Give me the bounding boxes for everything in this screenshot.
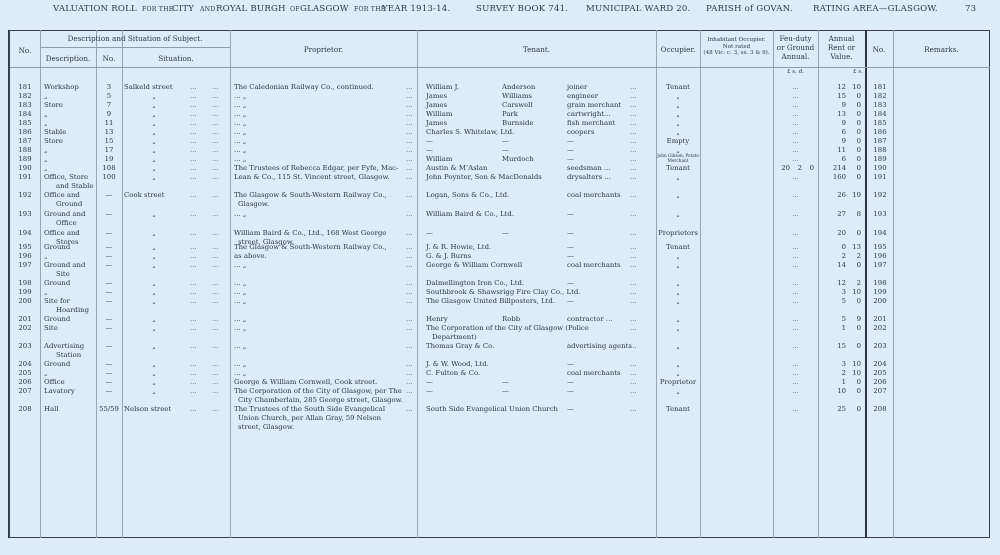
feu-duty: ...	[773, 324, 818, 332]
leader-dots: ...	[212, 146, 224, 154]
situation: „	[124, 155, 184, 163]
situation: Salkeld street	[124, 83, 184, 91]
description: Office	[44, 378, 96, 386]
entry-number-right: 205	[866, 369, 894, 377]
situation: „	[124, 110, 184, 118]
rent-pounds: 6	[826, 155, 846, 163]
leader-dots: ...	[190, 288, 202, 296]
proprietor: ... „	[234, 288, 414, 296]
proprietor: ... „	[234, 369, 414, 377]
rent-shillings: 0	[848, 110, 861, 118]
rent-line-3: Value.	[818, 52, 865, 61]
rent-pounds: 14	[826, 261, 846, 269]
parish: PARISH of GOVAN.	[706, 4, 793, 14]
entry-number: 204	[12, 360, 38, 368]
tenant-surname: —	[502, 137, 509, 145]
feu-pounds: 20	[776, 164, 790, 172]
column-divider	[417, 30, 418, 538]
leader-dots: ...	[212, 92, 224, 100]
page-number: 73	[965, 4, 976, 14]
tenant-name: —	[426, 378, 433, 386]
municipal-ward: MUNICIPAL WARD 20.	[586, 4, 691, 14]
column-divider	[700, 30, 701, 538]
tenant-surname: Carswell	[502, 101, 533, 109]
header-bottom-rule	[10, 67, 990, 68]
description: „	[44, 92, 96, 100]
tenant-name: James	[426, 101, 447, 109]
entry-number: 199	[12, 288, 38, 296]
leader-dots: ...	[212, 405, 224, 413]
tenant-occupation: coal merchants	[567, 261, 621, 269]
street-number: 7	[96, 101, 122, 109]
tenant-occupation: coopers	[567, 128, 594, 136]
tenant-name: Thomas Gray & Co.	[426, 342, 494, 350]
tenant-occupation: seedsman ...	[567, 164, 610, 172]
description: Ground and	[44, 261, 96, 269]
leader-dots: ...	[212, 315, 224, 323]
feu-duty: ...	[773, 279, 818, 287]
entry-number-right: 196	[866, 252, 894, 260]
leader-dots: ...	[406, 146, 416, 154]
tenant-occupation: joiner	[567, 83, 587, 91]
rent-shillings: 0	[848, 261, 861, 269]
leader-dots: ...	[630, 387, 640, 395]
leader-dots: ...	[190, 324, 202, 332]
feu-duty: ...	[773, 92, 818, 100]
feu-duty: ...	[773, 342, 818, 350]
situation: Cook street	[124, 191, 184, 199]
tenant-surname: —	[502, 146, 509, 154]
rent-shillings: 10	[848, 360, 861, 368]
description-cont: Site	[56, 270, 96, 278]
tenant-surname: Burnside	[502, 119, 533, 127]
situation: „	[124, 360, 184, 368]
situation: „	[124, 173, 184, 181]
entry-number-right: 198	[866, 279, 894, 287]
leader-dots: ...	[190, 110, 202, 118]
feu-duty: ...	[773, 378, 818, 386]
tenant-name: William	[426, 155, 452, 163]
feu-duty: ...	[773, 315, 818, 323]
tenant-name: Dalmellington Iron Co., Ltd.	[426, 279, 524, 287]
leader-dots: ...	[630, 92, 640, 100]
feu-duty: ...	[773, 155, 818, 163]
tenant-occupation: fish merchant	[567, 119, 615, 127]
leader-dots: ...	[406, 92, 416, 100]
rent-shillings: 0	[848, 378, 861, 386]
leader-dots: ...	[406, 243, 416, 251]
rent-pounds: 26	[826, 191, 846, 199]
leader-dots: ...	[630, 252, 640, 260]
proprietor: ... „	[234, 360, 414, 368]
leader-dots: ...	[212, 261, 224, 269]
occupier-note: John Gibson, Potato Merchant	[656, 154, 700, 163]
feu-line-2: or Ground	[773, 43, 818, 52]
feu-duty: ...	[773, 137, 818, 145]
occupier: „	[656, 324, 700, 332]
title-part: ROYAL BURGH	[216, 4, 286, 14]
rent-pounds: 20	[826, 229, 846, 237]
leader-dots: ...	[212, 119, 224, 127]
description: Ground and	[44, 210, 96, 218]
description: Workshop	[44, 83, 96, 91]
street-number: 11	[96, 119, 122, 127]
entry-number: 189	[12, 155, 38, 163]
leader-dots: ...	[190, 342, 202, 350]
rent-shillings: 0	[848, 128, 861, 136]
description: Advertising	[44, 342, 96, 350]
leader-dots: ...	[630, 210, 640, 218]
rent-pounds: 3	[826, 360, 846, 368]
tenant-occupation: —	[567, 137, 574, 145]
tenant-occupation: grain merchant	[567, 101, 621, 109]
tenant-surname: Murdoch	[502, 155, 534, 163]
rent-shillings: 0	[848, 101, 861, 109]
street-number: 100	[96, 173, 122, 181]
tenant-name: William J.	[426, 83, 459, 91]
tenant-name: J. & W. Wood, Ltd.	[426, 360, 489, 368]
tenant-name: —	[426, 387, 433, 395]
entry-number: 202	[12, 324, 38, 332]
proprietor: Lean & Co., 115 St. Vincent street, Glas…	[234, 173, 414, 181]
col-header-annual-rent: Annual Rent or Value.	[818, 34, 865, 61]
leader-dots: ...	[630, 360, 640, 368]
description: Ground	[44, 279, 96, 287]
leader-dots: ...	[630, 342, 640, 350]
entry-number-right: 189	[866, 155, 894, 163]
tenant-name: —	[426, 229, 433, 237]
street-number: 55/59	[96, 405, 122, 413]
title-part: CITY	[172, 4, 194, 14]
leader-dots: ...	[190, 137, 202, 145]
entry-number: 184	[12, 110, 38, 118]
col-header-feu-duty: Feu-duty or Ground Annual.	[773, 34, 818, 61]
tenant-name: Henry	[426, 315, 448, 323]
rent-pounds: 9	[826, 101, 846, 109]
leader-dots: ...	[212, 210, 224, 218]
rent-pounds: 5	[826, 297, 846, 305]
proprietor: ... „	[234, 279, 414, 287]
street-number: —	[96, 378, 122, 386]
proprietor-cont: street, Glasgow.	[238, 423, 416, 431]
col-header-number: No.	[96, 54, 122, 63]
situation: „	[124, 101, 184, 109]
leader-dots: ...	[630, 155, 640, 163]
title-part: FOR THE	[142, 6, 173, 13]
street-number: —	[96, 315, 122, 323]
occupier: „	[656, 101, 700, 109]
tenant-name: G. & J. Burns	[426, 252, 471, 260]
col-header-description: Description.	[40, 54, 96, 63]
occupier: „	[656, 210, 700, 218]
street-number: —	[96, 297, 122, 305]
title-part: GLASGOW	[300, 4, 349, 14]
proprietor: ... „	[234, 101, 414, 109]
leader-dots: ...	[190, 378, 202, 386]
entry-number-right: 183	[866, 101, 894, 109]
rent-pounds: 0	[826, 243, 846, 251]
leader-dots: ...	[630, 101, 640, 109]
leader-dots: ...	[630, 137, 640, 145]
leader-dots: ...	[212, 83, 224, 91]
street-number: —	[96, 360, 122, 368]
description-cont: Ground	[56, 200, 96, 208]
street-number: —	[96, 252, 122, 260]
col-header-no-right: No.	[865, 45, 893, 54]
rent-shillings: 19	[848, 191, 861, 199]
street-number: —	[96, 324, 122, 332]
entry-number: 206	[12, 378, 38, 386]
situation: „	[124, 342, 184, 350]
leader-dots: ...	[212, 128, 224, 136]
occupier: „	[656, 110, 700, 118]
leader-dots: ...	[212, 101, 224, 109]
leader-dots: ...	[630, 378, 640, 386]
leader-dots: ...	[630, 164, 640, 172]
leader-dots: ...	[406, 378, 416, 386]
leader-dots: ...	[190, 387, 202, 395]
description: „	[44, 164, 96, 172]
rent-pounds: 27	[826, 210, 846, 218]
leader-dots: ...	[190, 92, 202, 100]
rent-pounds: 25	[826, 405, 846, 413]
leader-dots: ...	[630, 279, 640, 287]
proprietor: ... „	[234, 315, 414, 323]
rent-line-2: Rent or	[818, 43, 865, 52]
entry-number: 193	[12, 210, 38, 218]
situation: „	[124, 387, 184, 395]
leader-dots: ...	[630, 83, 640, 91]
leader-dots: ...	[406, 119, 416, 127]
occupier: Proprietors	[656, 229, 700, 237]
rent-units: £ s.	[818, 69, 863, 76]
proprietor: as above.	[234, 252, 414, 260]
description: „	[44, 146, 96, 154]
leader-dots: ...	[190, 119, 202, 127]
entry-number: 205	[12, 369, 38, 377]
description: Lavatory	[44, 387, 96, 395]
street-number: 9	[96, 110, 122, 118]
leader-dots: ...	[630, 229, 640, 237]
tenant-occupation: coal merchants	[567, 369, 621, 377]
feu-line-1: Feu-duty	[773, 34, 818, 43]
rent-shillings: 10	[848, 83, 861, 91]
street-number: —	[96, 288, 122, 296]
street-number: 3	[96, 83, 122, 91]
leader-dots: ...	[630, 315, 640, 323]
tenant-occupation: contractor ...	[567, 315, 612, 323]
feu-duty: ...	[773, 288, 818, 296]
tenant-name: The Corporation of the City of Glasgow (…	[426, 324, 589, 332]
leader-dots: ...	[212, 173, 224, 181]
tenant-name: James	[426, 119, 447, 127]
entry-number: 203	[12, 342, 38, 350]
tenant-occupation: engineer	[567, 92, 598, 100]
leader-dots: ...	[406, 137, 416, 145]
entry-number: 190	[12, 164, 38, 172]
leader-dots: ...	[406, 315, 416, 323]
occupier: „	[656, 360, 700, 368]
rent-shillings: 0	[848, 155, 861, 163]
rent-pounds: 6	[826, 128, 846, 136]
leader-dots: ...	[190, 155, 202, 163]
tenant-name: —	[426, 146, 433, 154]
rent-shillings: 0	[848, 229, 861, 237]
rent-shillings: 10	[848, 288, 861, 296]
situation: „	[124, 261, 184, 269]
situation: „	[124, 146, 184, 154]
tenant-occupation: cartwright...	[567, 110, 611, 118]
occupier: Tenant	[656, 243, 700, 251]
leader-dots: ...	[406, 191, 416, 199]
street-number: 17	[96, 146, 122, 154]
col-header-occupier: Occupier.	[656, 45, 700, 54]
entry-number: 191	[12, 173, 38, 181]
tenant-name: Charles S. Whitelaw, Ltd.	[426, 128, 514, 136]
proprietor: The Corporation of the City of Glasgow, …	[234, 387, 414, 395]
rent-shillings: 13	[848, 243, 861, 251]
entry-number-right: 199	[866, 288, 894, 296]
leader-dots: ...	[406, 229, 416, 237]
title-part: YEAR 1913-14.	[382, 4, 450, 14]
leader-dots: ...	[212, 243, 224, 251]
entry-number-right: 184	[866, 110, 894, 118]
entry-number: 182	[12, 92, 38, 100]
situation: „	[124, 164, 184, 172]
entry-number-right: 181	[866, 83, 894, 91]
feu-duty: ...	[773, 297, 818, 305]
entry-number-right: 194	[866, 229, 894, 237]
leader-dots: ...	[190, 252, 202, 260]
situation: „	[124, 137, 184, 145]
entry-number-right: 204	[866, 360, 894, 368]
leader-dots: ...	[212, 110, 224, 118]
feu-duty: ...	[773, 360, 818, 368]
entry-number: 195	[12, 243, 38, 251]
entry-number-right: 186	[866, 128, 894, 136]
description: Site	[44, 324, 96, 332]
col-header-situation: Situation.	[122, 54, 230, 63]
leader-dots: ...	[630, 110, 640, 118]
entry-number: 192	[12, 191, 38, 199]
leader-dots: ...	[406, 324, 416, 332]
situation: „	[124, 119, 184, 127]
proprietor: ... „	[234, 297, 414, 305]
entry-number: 208	[12, 405, 38, 413]
entry-number-right: 192	[866, 191, 894, 199]
title-part: VALUATION ROLL	[53, 4, 137, 14]
street-number: —	[96, 210, 122, 218]
tenant-name: J. & R. Howie, Ltd.	[426, 243, 491, 251]
tenant-occupation: coal merchants	[567, 191, 621, 199]
leader-dots: ...	[406, 297, 416, 305]
rent-shillings: 8	[848, 210, 861, 218]
proprietor: ... „	[234, 324, 414, 332]
tenant-occupation: —	[567, 360, 574, 368]
tenant-name: John Poynter, Son & MacDonalds	[426, 173, 542, 181]
leader-dots: ...	[190, 297, 202, 305]
occupier: „	[656, 297, 700, 305]
feu-duty: ...	[773, 243, 818, 251]
tenant-name: James	[426, 92, 447, 100]
feu-duty: ...	[773, 173, 818, 181]
proprietor: The Trustees of Rebecca Edgar, per Fyfe,…	[234, 164, 414, 172]
rent-shillings: 0	[848, 297, 861, 305]
col-header-proprietor: Proprietor.	[230, 45, 417, 54]
survey-book: SURVEY BOOK 741.	[476, 4, 568, 14]
proprietor-cont: City Chamberlain, 285 George street, Gla…	[238, 396, 416, 404]
rent-pounds: 3	[826, 288, 846, 296]
leader-dots: ...	[212, 229, 224, 237]
tenant-surname: Anderson	[502, 83, 535, 91]
feu-duty: ...	[773, 101, 818, 109]
feu-duty: ...	[773, 146, 818, 154]
occupier: „	[656, 387, 700, 395]
col-header-no: No.	[10, 46, 40, 55]
tenant-name: William Baird & Co., Ltd.	[426, 210, 514, 218]
leader-dots: ...	[212, 297, 224, 305]
description: „	[44, 288, 96, 296]
street-number: —	[96, 342, 122, 350]
description: „	[44, 155, 96, 163]
leader-dots: ...	[212, 164, 224, 172]
occupier: „	[656, 261, 700, 269]
rent-shillings: 0	[848, 119, 861, 127]
occupier: „	[656, 119, 700, 127]
entry-number-right: 206	[866, 378, 894, 386]
leader-dots: ...	[630, 297, 640, 305]
leader-dots: ...	[406, 279, 416, 287]
leader-dots: ...	[630, 119, 640, 127]
occupier: „	[656, 369, 700, 377]
leader-dots: ...	[190, 101, 202, 109]
street-number: —	[96, 387, 122, 395]
occupier: „	[656, 315, 700, 323]
leader-dots: ...	[212, 288, 224, 296]
rent-pounds: 9	[826, 119, 846, 127]
feu-duty: ...	[773, 229, 818, 237]
tenant-name: South Side Evangelical Union Church	[426, 405, 558, 413]
feu-duty: ...	[773, 387, 818, 395]
description: „	[44, 252, 96, 260]
description: „	[44, 110, 96, 118]
leader-dots: ...	[630, 146, 640, 154]
leader-dots: ...	[190, 405, 202, 413]
leader-dots: ...	[630, 324, 640, 332]
proprietor: ... „	[234, 137, 414, 145]
rent-pounds: 1	[826, 378, 846, 386]
rent-shillings: 0	[848, 92, 861, 100]
leader-dots: ...	[406, 128, 416, 136]
rent-shillings: 0	[848, 173, 861, 181]
inhabitant-line-1: Inhabitant Occupier.	[700, 37, 773, 44]
proprietor: ... „	[234, 146, 414, 154]
street-number: —	[96, 369, 122, 377]
situation: „	[124, 369, 184, 377]
entry-number-right: 208	[866, 405, 894, 413]
tenant-surname: Park	[502, 110, 518, 118]
tenant-occupation: —	[567, 405, 574, 413]
rent-shillings: 2	[848, 279, 861, 287]
entry-number-right: 201	[866, 315, 894, 323]
rent-pounds: 15	[826, 342, 846, 350]
entry-number: 187	[12, 137, 38, 145]
rent-pounds: 15	[826, 92, 846, 100]
entry-number: 181	[12, 83, 38, 91]
leader-dots: ...	[190, 173, 202, 181]
rent-pounds: 2	[826, 252, 846, 260]
occupier: Tenant	[656, 164, 700, 172]
